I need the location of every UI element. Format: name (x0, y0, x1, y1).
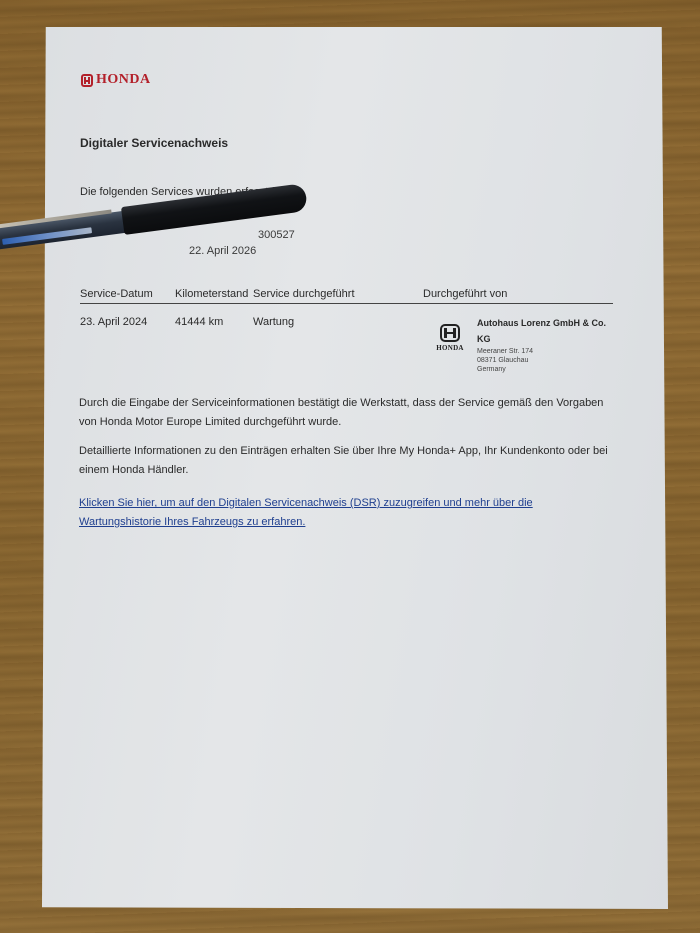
confirmation-paragraph: Durch die Eingabe der Serviceinformation… (79, 394, 619, 432)
dealer-city: 08371 Glauchau (477, 356, 617, 365)
honda-brand-logo: HONDA (81, 72, 151, 88)
document-title: Digitaler Servicenachweis (80, 136, 228, 150)
dealer-name-line2: KG (477, 331, 617, 347)
dealer-name-line1: Autohaus Lorenz GmbH & Co. (477, 315, 617, 331)
honda-h-icon (440, 324, 460, 342)
vehicle-date: 22. April 2026 (189, 245, 256, 257)
vehicle-vin: 300527 (258, 229, 295, 241)
service-table: Service-Datum Kilometerstand Service dur… (80, 288, 613, 376)
dealer-honda-logo: HONDA (429, 324, 471, 352)
dealer-info: Autohaus Lorenz GmbH & Co. KG Meeraner S… (477, 315, 617, 374)
dealer-logo-wordmark: HONDA (436, 344, 464, 352)
brand-wordmark: HONDA (96, 72, 151, 88)
table-header: Service-Datum Kilometerstand Service dur… (80, 288, 613, 304)
dealer-country: Germany (477, 365, 617, 374)
table-row: 23. April 2024 41444 km Wartung HONDA Au… (80, 316, 613, 376)
header-service-performed: Service durchgeführt (253, 288, 355, 300)
header-mileage: Kilometerstand (175, 288, 248, 300)
dsr-link[interactable]: Klicken Sie hier, um auf den Digitalen S… (79, 494, 559, 532)
honda-h-icon (81, 74, 93, 87)
dealer-street: Meeraner Str. 174 (477, 347, 617, 356)
cell-date: 23. April 2024 (80, 316, 147, 328)
header-service-date: Service-Datum (80, 288, 153, 300)
cell-mileage: 41444 km (175, 316, 223, 328)
header-performed-by: Durchgeführt von (423, 288, 507, 300)
cell-service: Wartung (253, 316, 294, 328)
details-paragraph: Detaillierte Informationen zu den Einträ… (79, 442, 619, 480)
